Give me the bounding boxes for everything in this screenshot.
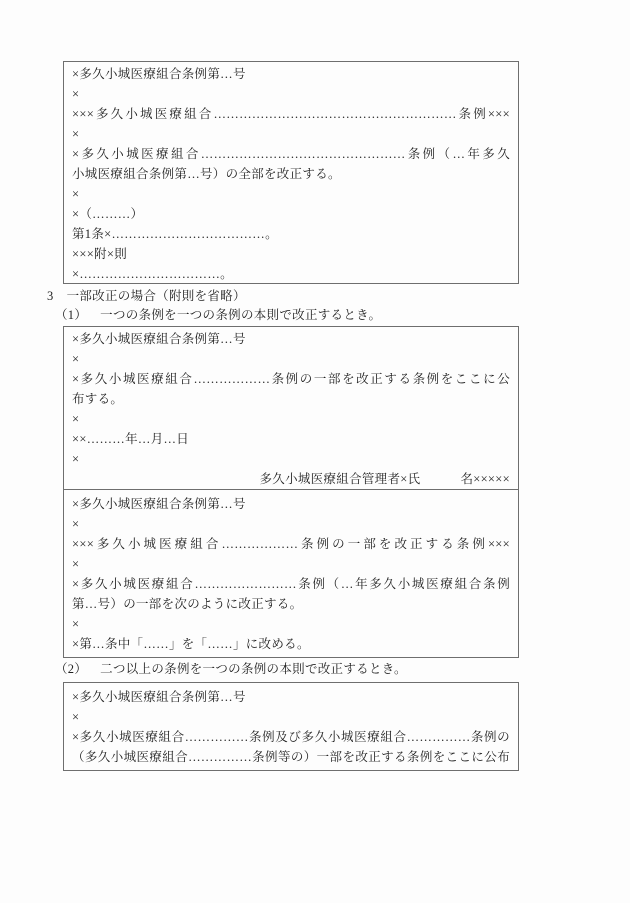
box-line: × [72, 614, 510, 634]
section-3-heading: 3 一部改正の場合（附則を省略） [47, 288, 246, 305]
item-title: 二つ以上の条例を一つの条例の本則で改正するとき。 [100, 661, 407, 678]
box-line: ×××多久小城医療組合………………条例の一部を改正する条例××× [72, 534, 510, 554]
item-title: 一つの条例を一つの条例の本則で改正するとき。 [100, 307, 381, 324]
box-line: ×第…条中「……」を「……」に改める。 [72, 634, 510, 654]
box-line: × [72, 514, 510, 534]
box-line: 第…号）の一部を次のように改正する。 [72, 594, 510, 614]
box-line: 第1条×………………………………。 [72, 224, 510, 244]
box-line: × [72, 184, 510, 204]
section-number: 3 [47, 288, 54, 305]
box-line: ×多久小城医療組合……………条例及び多久小城医療組合……………条例の [72, 727, 510, 747]
box-line: ×多久小城医療組合条例第…号 [72, 687, 510, 707]
box-line: × [72, 554, 510, 574]
item-1-heading: （1） 一つの条例を一つの条例の本則で改正するとき。 [55, 307, 381, 324]
box-line: × [72, 449, 510, 469]
box-line: × [72, 409, 510, 429]
box-line: ×……………………………。 [72, 264, 510, 284]
box-line: ×多久小城医療組合………………条例の一部を改正する条例をここに公 [72, 369, 510, 389]
box-line: 布する。 [72, 389, 510, 409]
signer-line: 多久小城医療組合管理者×氏 名××××× [72, 469, 510, 489]
signer-title: 多久小城医療組合管理者×氏 [259, 469, 420, 489]
document-page: ×多久小城医療組合条例第…号 × ×××多久小城医療組合………………………………… [0, 0, 630, 903]
section-title: 一部改正の場合（附則を省略） [67, 288, 246, 305]
example-box-promulgation: ×多久小城医療組合条例第…号 × ×多久小城医療組合………………条例の一部を改正… [63, 326, 519, 490]
item-number: （2） [55, 661, 87, 678]
box-line: × [72, 124, 510, 144]
box-line: 小城医療組合条例第…号）の全部を改正する。 [72, 164, 510, 184]
box-line: ×多久小城医療組合…………………………………………条例（…年多久 [72, 144, 510, 164]
signer-name: 名××××× [460, 469, 510, 489]
box-line: ××………年…月…日 [72, 429, 510, 449]
example-box-full-revision: ×多久小城医療組合条例第…号 × ×××多久小城医療組合………………………………… [63, 61, 519, 284]
box-line: （多久小城医療組合……………条例等の）一部を改正する条例をここに公布 [72, 747, 510, 767]
box-line: ×多久小城医療組合条例第…号 [72, 329, 510, 349]
box-line: × [72, 349, 510, 369]
item-number: （1） [55, 307, 87, 324]
box-line: × [72, 84, 510, 104]
box-line: ×（………） [72, 204, 510, 224]
example-box-partial-revision: ×多久小城医療組合条例第…号 × ×××多久小城医療組合………………条例の一部を… [63, 490, 519, 658]
box-line: ×多久小城医療組合……………………条例（…年多久小城医療組合条例 [72, 574, 510, 594]
box-line: ×多久小城医療組合条例第…号 [72, 64, 510, 84]
example-box-multiple-revision: ×多久小城医療組合条例第…号 × ×多久小城医療組合……………条例及び多久小城医… [63, 682, 519, 771]
box-line: × [72, 707, 510, 727]
box-line: ×多久小城医療組合条例第…号 [72, 494, 510, 514]
box-line: ×××多久小城医療組合…………………………………………………条例××× [72, 104, 510, 124]
item-2-heading: （2） 二つ以上の条例を一つの条例の本則で改正するとき。 [55, 661, 407, 678]
box-line: ×××附×則 [72, 244, 510, 264]
